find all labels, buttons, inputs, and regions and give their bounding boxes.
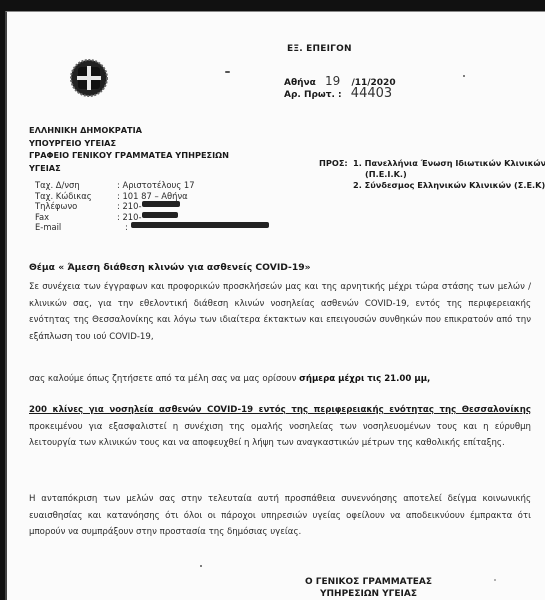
protocol-line: Αρ. Πρωτ. : 44403 xyxy=(284,86,392,101)
contact-value: : xyxy=(125,222,128,233)
contact-row-postcode: Ταχ. Κώδικας : 101 87 – Αθήνα xyxy=(35,191,269,202)
contact-row-fax: Fax : 210- xyxy=(35,212,269,223)
scan-speck xyxy=(225,71,230,73)
redaction-mark xyxy=(142,201,180,207)
paragraph-1: Σε συνέχεια των έγγραφων και προφορικών … xyxy=(29,279,531,345)
urgency-label: ΕΞ. ΕΠΕΙΓΟΝ xyxy=(287,44,352,54)
signature-block: Ο ΓΕΝΙΚΟΣ ΓΡΑΜΜΑΤΕΑΣ ΥΠΗΡΕΣΙΩΝ ΥΓΕΙΑΣ xyxy=(305,576,432,600)
contact-label: Ταχ. Κώδικας xyxy=(35,191,117,202)
contact-row-email: E-mail : xyxy=(35,222,269,233)
paragraph-3-text: προκειμένου για εξασφαλιστεί η συνέχιση … xyxy=(29,422,531,449)
contact-row-address: Ταχ. Δ/νση : Αριστοτέλους 17 xyxy=(35,180,269,191)
contact-value: : 210- xyxy=(117,212,142,223)
sender-line: ΥΓΕΙΑΣ xyxy=(29,162,229,175)
contact-row-phone: Τηλέφωνο : 210- xyxy=(35,201,269,212)
recipient-1-abbrev: (Π.Ε.Ι.Κ.) xyxy=(365,169,407,180)
contact-label: Fax xyxy=(35,212,117,223)
contact-block: Ταχ. Δ/νση : Αριστοτέλους 17 Ταχ. Κώδικα… xyxy=(35,180,269,233)
contact-label: E-mail xyxy=(35,222,117,233)
paragraph-4: Η ανταπόκριση των μελών σας στην τελευτα… xyxy=(29,491,531,541)
sender-block: ΕΛΛΗΝΙΚΗ ΔΗΜΟΚΡΑΤΙΑ ΥΠΟΥΡΓΕΙΟ ΥΓΕΙΑΣ ΓΡΑ… xyxy=(29,124,229,174)
redaction-mark xyxy=(142,212,178,218)
sender-line: ΕΛΛΗΝΙΚΗ ΔΗΜΟΚΡΑΤΙΑ xyxy=(29,124,229,137)
protocol-label: Αρ. Πρωτ. : xyxy=(284,90,342,100)
sender-line: ΓΡΑΦΕΙΟ ΓΕΝΙΚΟΥ ΓΡΑΜΜΑΤΕΑ ΥΠΗΡΕΣΙΩΝ xyxy=(29,149,229,162)
paragraph-2-text: σας καλούμε όπως ζητήσετε από τα μέλη σα… xyxy=(29,374,299,384)
recipient-2: 2. Σύνδεσμος Ελληνικών Κλινικών (Σ.Ε.Κ) xyxy=(353,180,545,191)
recipients-block: ΠΡΟΣ: 1. Πανελλήνια Ένωση Ιδιωτικών Κλιν… xyxy=(319,158,545,191)
contact-value: : Αριστοτέλους 17 xyxy=(117,180,195,191)
deadline-text: σήμερα μέχρι τις 21.00 μμ, xyxy=(299,374,430,384)
document-page: ΕΞ. ΕΠΕΙΓΟΝ Αθήνα 19 /11/2020 Αρ. Πρωτ. … xyxy=(5,11,545,600)
beds-request-text: 200 κλίνες για νοσηλεία ασθενών COVID-19… xyxy=(29,405,531,415)
sender-line: ΥΠΟΥΡΓΕΙΟ ΥΓΕΙΑΣ xyxy=(29,137,229,150)
contact-value: : 210- xyxy=(117,201,142,212)
paragraph-2: σας καλούμε όπως ζητήσετε από τα μέλη σα… xyxy=(29,371,531,388)
protocol-number: 44403 xyxy=(351,86,392,101)
greek-coat-of-arms-icon xyxy=(69,58,109,98)
recipients-label: ΠΡΟΣ: xyxy=(319,158,353,169)
redaction-mark xyxy=(131,222,269,228)
signature-line: Ο ΓΕΝΙΚΟΣ ΓΡΑΜΜΑΤΕΑΣ xyxy=(305,576,432,588)
scan-speck xyxy=(463,75,465,77)
recipient-1: 1. Πανελλήνια Ένωση Ιδιωτικών Κλινικών xyxy=(353,158,545,169)
subject-line: Θέμα « Άμεση διάθεση κλινών για ασθενείς… xyxy=(29,262,311,273)
contact-label: Τηλέφωνο xyxy=(35,201,117,212)
scan-speck xyxy=(200,565,202,567)
contact-value: : 101 87 – Αθήνα xyxy=(117,191,188,202)
scan-speck xyxy=(494,579,496,581)
contact-label: Ταχ. Δ/νση xyxy=(35,180,117,191)
paragraph-3: 200 κλίνες για νοσηλεία ασθενών COVID-19… xyxy=(29,402,531,452)
signature-line: ΥΠΗΡΕΣΙΩΝ ΥΓΕΙΑΣ xyxy=(305,588,432,600)
